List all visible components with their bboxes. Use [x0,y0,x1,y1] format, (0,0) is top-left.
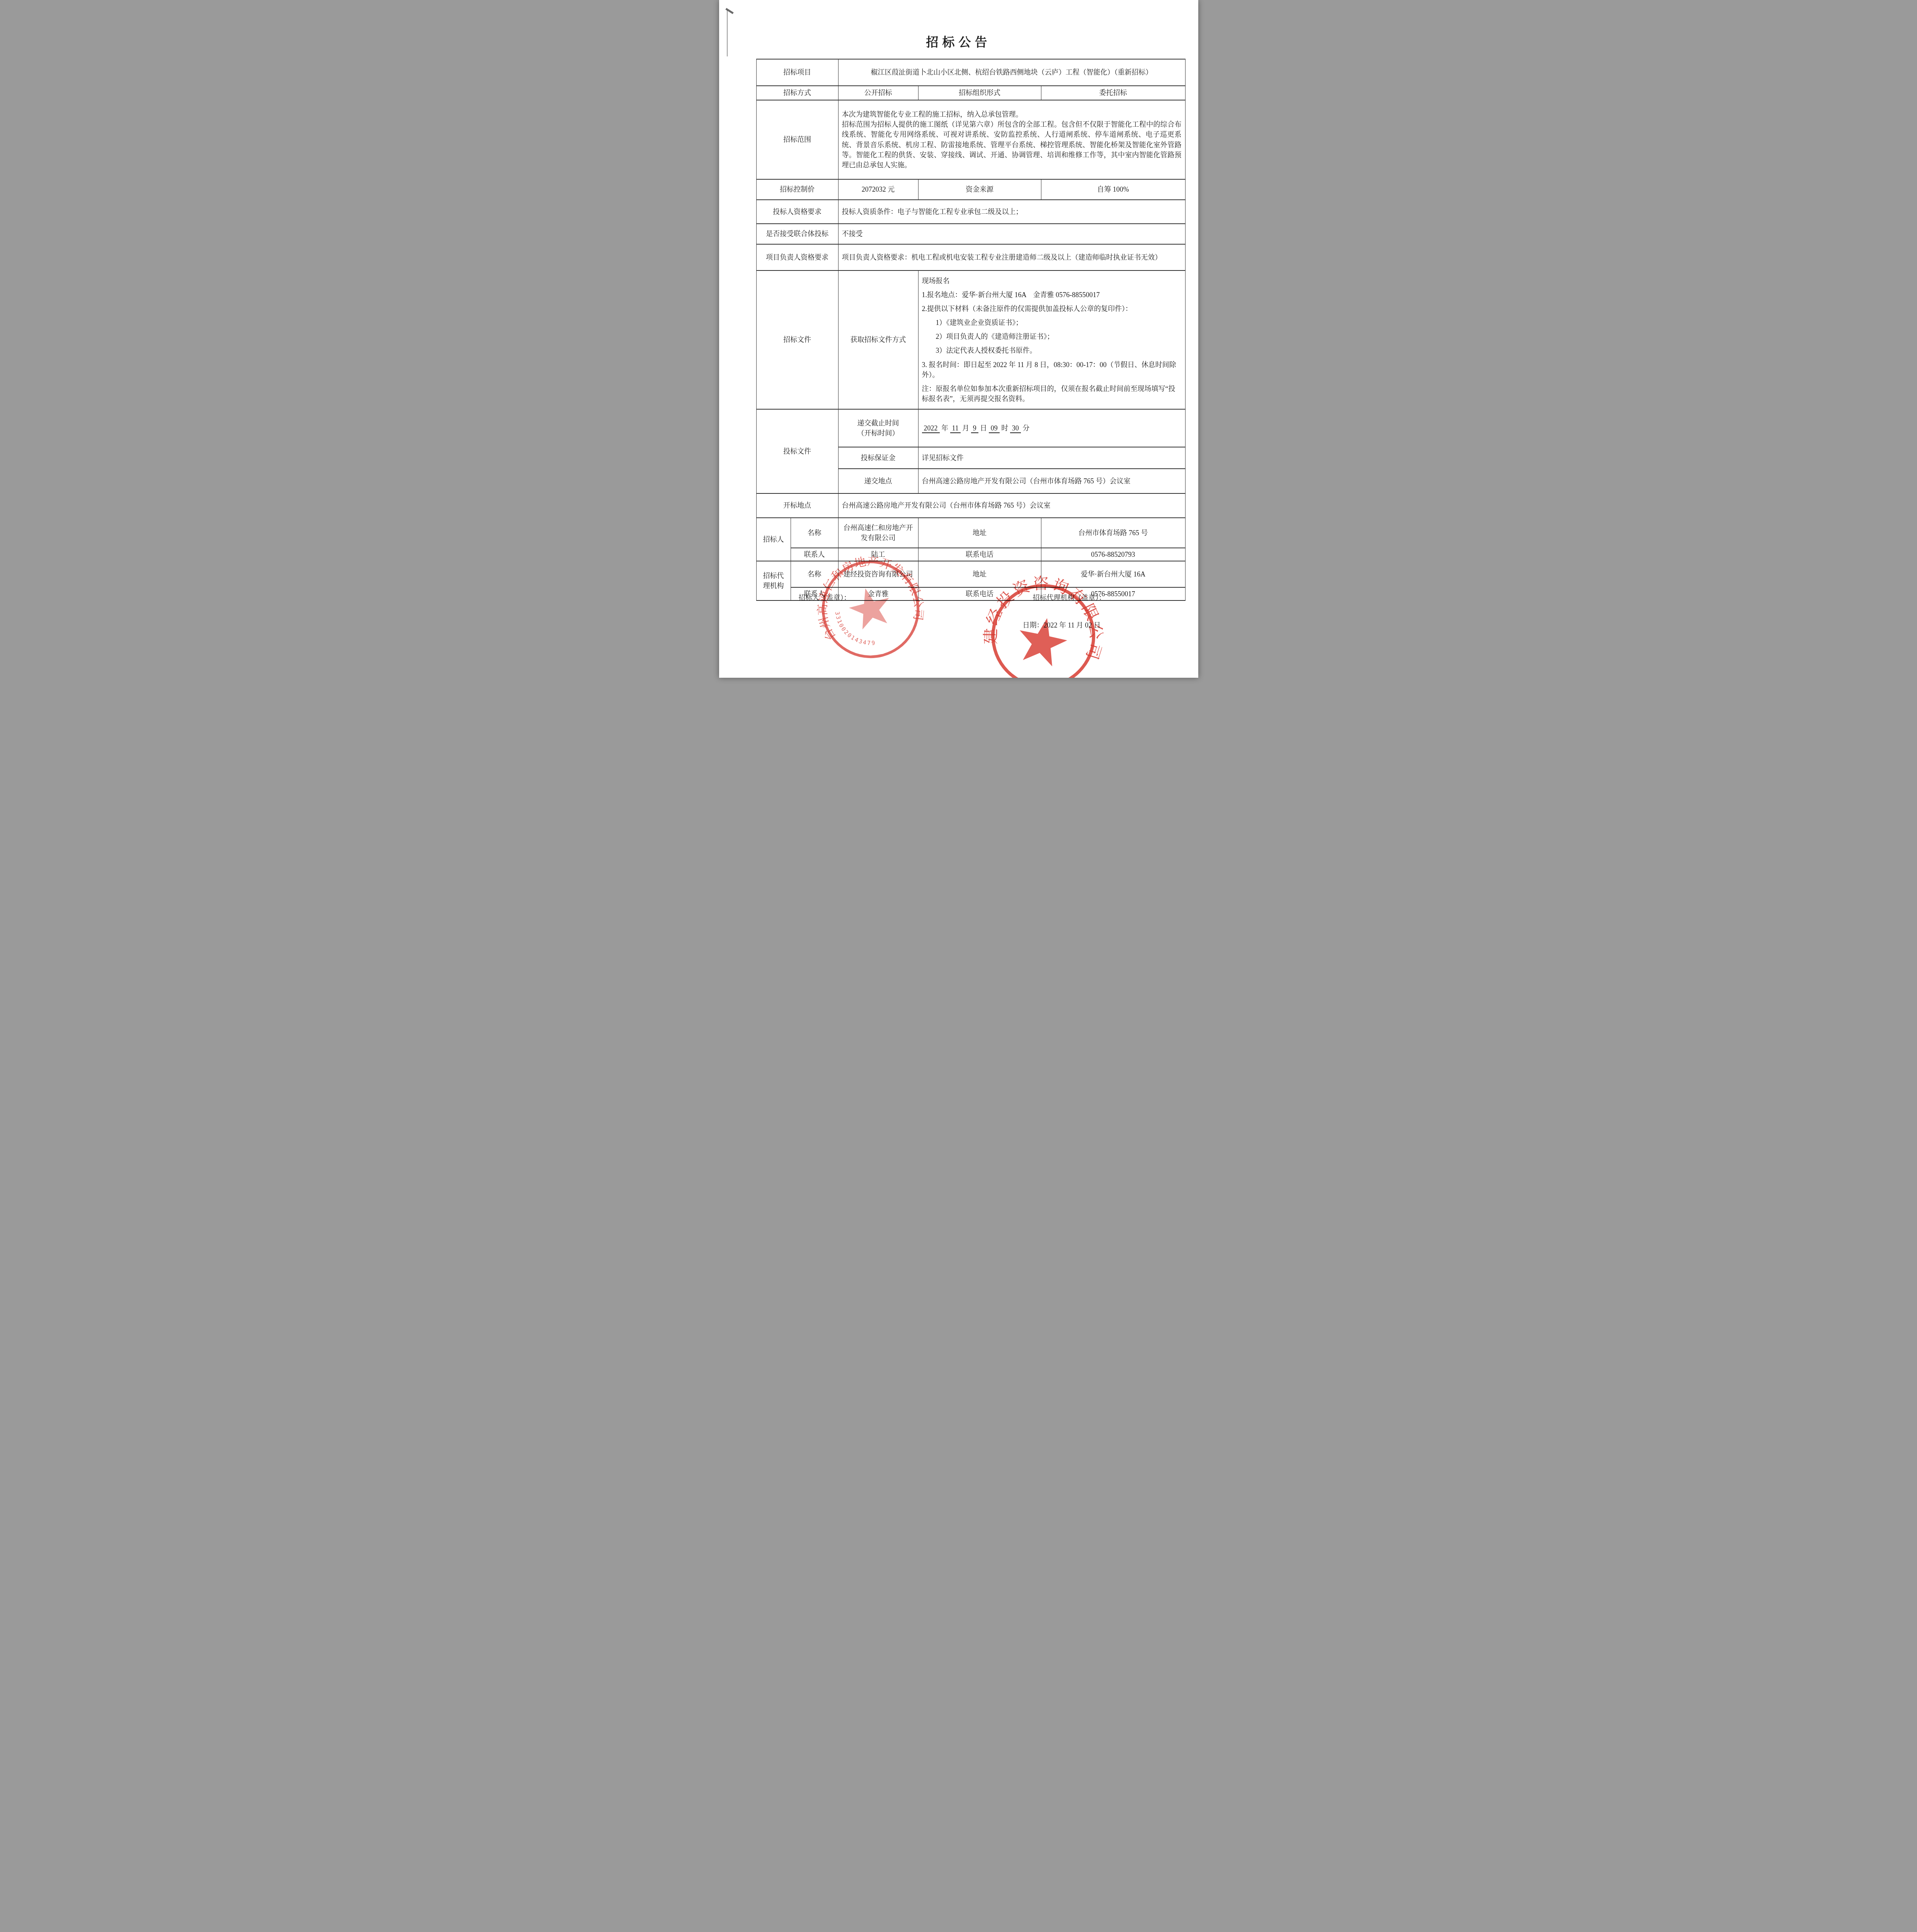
row-project: 招标项目 椒江区葭沚街道卜北山小区北侧、杭绍台铁路西侧地块（云庐）工程（智能化）… [756,59,1185,86]
scope-label: 招标范围 [756,100,838,179]
deadline-label: 递交截止时间 （开标时间） [838,409,918,447]
tenderer-phone-value: 0576-88520793 [1041,548,1185,561]
pm-qualification-label: 项目负责人资格要求 [756,244,838,270]
row-tenderer-contact: 联系人 陆工 联系电话 0576-88520793 [756,548,1185,561]
submit-place-value: 台州高速公路房地产开发有限公司（台州市体育场路 765 号）会议室 [918,469,1185,493]
row-tender-document: 招标文件 获取招标文件方式 现场报名1.报名地点：爱华·新台州大厦 16A 金青… [756,270,1185,409]
row-tenderer-name: 招标人 名称 台州高速仁和房地产开发有限公司 地址 台州市体育场路 765 号 [756,518,1185,548]
page-title: 招标公告 [719,32,1198,50]
fund-source-label: 资金来源 [918,179,1041,200]
date-line: 日期：2022 年 11 月 02 日 [1023,620,1101,630]
deadline-number: 09 [989,424,1000,433]
doc-line: 1.报名地点：爱华·新台州大厦 16A 金青雅 0576-88550017 [922,290,1182,300]
bid-document-label: 投标文件 [756,409,838,493]
row-agency-name: 招标代理机构 名称 建经投资咨询有限公司 地址 爱华·新台州大厦 16A [756,561,1185,587]
tenderer-contact-label: 联系人 [791,548,838,561]
tenderer-addr-label: 地址 [918,518,1041,548]
tenderer-name-label: 名称 [791,518,838,548]
tender-document-label: 招标文件 [756,270,838,409]
agency-addr-value: 爱华·新台州大厦 16A [1041,561,1185,587]
method-label: 招标方式 [756,86,838,100]
scope-value: 本次为建筑智能化专业工程的施工招标，纳入总承包管理。 招标范围为招标人提供的施工… [838,100,1185,179]
tenderer-phone-label: 联系电话 [918,548,1041,561]
doc-line: 1）《建筑业企业资质证书》； [922,318,1182,328]
seal-serial-text: 3310020143479 [833,604,877,654]
tender-notice-table: 招标项目 椒江区葭沚街道卜北山小区北侧、杭绍台铁路西侧地块（云庐）工程（智能化）… [756,59,1186,601]
bidder-qualification-label: 投标人资格要求 [756,200,838,224]
agency-label: 招标代理机构 [756,561,791,600]
deadline-text: 时 [1000,424,1010,432]
agency-name-label: 名称 [791,561,838,587]
tenderer-label: 招标人 [756,518,791,561]
tenderer-name-value: 台州高速仁和房地产开发有限公司 [838,518,918,548]
row-consortium: 是否接受联合体投标 不接受 [756,224,1185,244]
deadline-text: 月 [961,424,971,432]
doc-line: 现场报名 [922,276,1182,286]
org-form-value: 委托招标 [1041,86,1185,100]
opening-place-value: 台州高速公路房地产开发有限公司（台州市体育场路 765 号）会议室 [838,493,1185,518]
opening-place-label: 开标地点 [756,493,838,518]
doc-line: 3）法定代表人授权委托书原件。 [922,345,1182,355]
project-label: 招标项目 [756,59,838,86]
row-deadline: 投标文件 递交截止时间 （开标时间） 2022 年 11 月 9 日 09 时 … [756,409,1185,447]
row-scope: 招标范围 本次为建筑智能化专业工程的施工招标，纳入总承包管理。 招标范围为招标人… [756,100,1185,179]
row-method: 招标方式 公开招标 招标组织形式 委托招标 [756,86,1185,100]
consortium-label: 是否接受联合体投标 [756,224,838,244]
doc-line: 3. 报名时间：即日起至 2022 年 11 月 8 日，08:30：00-17… [922,360,1182,380]
agency-name-value: 建经投资咨询有限公司 [838,561,918,587]
control-price-label: 招标控制价 [756,179,838,200]
doc-line: 2.提供以下材料（未备注原件的仅需提供加盖投标人公章的复印件）： [922,304,1182,314]
deadline-number: 30 [1010,424,1021,433]
deadline-text: 分 [1021,424,1030,432]
deadline-text: 日 [978,424,989,432]
bidder-qualification-value: 投标人资质条件：电子与智能化工程专业承包二级及以上； [838,200,1185,224]
document-page: 招标公告 招标项目 椒江区葭沚街道卜北山小区北侧、杭绍台铁路西侧地块（云庐）工程… [719,0,1198,678]
fund-source-value: 自筹 100% [1041,179,1185,200]
tenderer-seal-label: 招标人（盖章）： [799,592,851,602]
doc-line: 2）项目负责人的《建造师注册证书》； [922,332,1182,342]
deadline-number: 9 [971,424,978,433]
doc-line: 注：原报名单位如参加本次重新招标项目的，仅须在报名截止时间前至现场填写“投标报名… [922,384,1182,404]
doc-lines: 现场报名1.报名地点：爱华·新台州大厦 16A 金青雅 0576-8855001… [918,270,1185,409]
deadline-text: 年 [940,424,950,432]
org-form-label: 招标组织形式 [918,86,1041,100]
row-pm-qualification: 项目负责人资格要求 项目负责人资格要求：机电工程或机电安装工程专业注册建造师二级… [756,244,1185,270]
row-control-price: 招标控制价 2072032 元 资金来源 自筹 100% [756,179,1185,200]
deadline-number: 2022 [922,424,940,433]
row-opening-place: 开标地点 台州高速公路房地产开发有限公司（台州市体育场路 765 号）会议室 [756,493,1185,518]
method-value: 公开招标 [838,86,918,100]
agency-addr-label: 地址 [918,561,1041,587]
consortium-value: 不接受 [838,224,1185,244]
tenderer-contact-value: 陆工 [838,548,918,561]
agency-seal-label: 招标代理机构（盖章）： [1033,592,1106,602]
project-value: 椒江区葭沚街道卜北山小区北侧、杭绍台铁路西侧地块（云庐）工程（智能化）（重新招标… [838,59,1185,86]
agency-phone-label: 联系电话 [918,587,1041,600]
obtain-method-label: 获取招标文件方式 [838,270,918,409]
tenderer-addr-value: 台州市体育场路 765 号 [1041,518,1185,548]
deadline-number: 11 [950,424,961,433]
bond-value: 详见招标文件 [918,447,1185,469]
bond-label: 投标保证金 [838,447,918,469]
deadline-value: 2022 年 11 月 9 日 09 时 30 分 [918,409,1185,447]
pm-qualification-value: 项目负责人资格要求：机电工程或机电安装工程专业注册建造师二级及以上（建造师临时执… [838,244,1185,270]
row-bidder-qualification: 投标人资格要求 投标人资质条件：电子与智能化工程专业承包二级及以上； [756,200,1185,224]
submit-place-label: 递交地点 [838,469,918,493]
svg-text:3310020143479: 3310020143479 [833,604,877,654]
control-price-value: 2072032 元 [838,179,918,200]
